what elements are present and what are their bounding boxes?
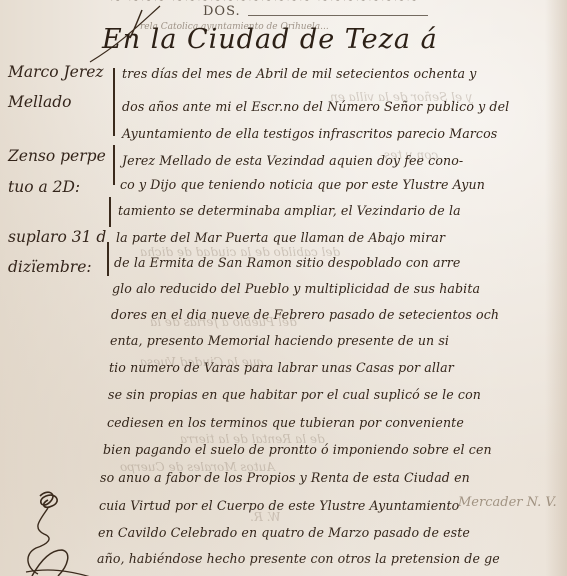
body-line-11: enta, presento Memorial haciendo present… xyxy=(110,333,449,348)
body-line-1: tres días del mes de Abril de mil seteci… xyxy=(122,66,476,81)
body-line-13: se sin propias en que habitar por el cua… xyxy=(108,387,481,402)
body-line-6: tamiento se determinaba ampliar, el Vezi… xyxy=(118,203,461,218)
margin-note-line-4: dizïembre: xyxy=(8,258,92,276)
margin-bracket xyxy=(107,242,109,276)
header-rule xyxy=(248,15,428,16)
body-line-7: la parte del Mar Puerta que llaman de Ab… xyxy=(116,230,445,245)
manuscript-page: y el Señor de la villa en con y tes- del… xyxy=(0,0,567,576)
margin-note-line-2: tuo a 2D: xyxy=(8,178,80,196)
document-title: En la Ciudad de Teza á xyxy=(102,24,438,55)
body-line-14: cediesen en los terminos que tubieran po… xyxy=(107,415,464,430)
margin-bracket xyxy=(113,145,115,185)
margin-note-line-3: suplaro 31 d xyxy=(8,228,106,246)
body-line-10: dores en el dia nueve de Febrero pasado … xyxy=(111,307,499,322)
margin-bracket xyxy=(113,68,115,136)
body-line-15: bien pagando el suelo de prontto ó impon… xyxy=(103,442,492,457)
body-line-17: cuia Virtud por el Cuerpo de este Ylustr… xyxy=(99,498,459,513)
margin-note-line-1: Zenso perpe xyxy=(8,147,106,165)
body-line-3: Ayuntamiento de ella testigos infrascrit… xyxy=(122,126,497,141)
margin-name-line-2: Mellado xyxy=(8,93,71,111)
body-line-5: co y Dijo que teniendo noticia que por e… xyxy=(120,177,485,192)
margin-name-line-1: Marco Jerez xyxy=(8,63,104,81)
body-line-12: tio numero de Varas para labrar unas Cas… xyxy=(109,360,454,375)
body-line-18: en Cavildo Celebrado en quatro de Marzo … xyxy=(98,525,470,540)
margin-bracket xyxy=(109,197,111,227)
body-line-16: so anuo a fabor de los Propios y Renta d… xyxy=(100,470,470,485)
signature-flourish-icon xyxy=(18,488,98,576)
header-heading: DOS. xyxy=(203,4,241,19)
paper-edge-shadow xyxy=(545,0,567,576)
body-line-2: dos años ante mi el Escr.no del Número S… xyxy=(122,99,509,114)
body-line-19: año, habiéndose hecho presente con otros… xyxy=(97,551,500,566)
faint-margin-annotation: Mercader N. V. xyxy=(458,495,557,510)
body-line-4: Jerez Mellado de esta Vezindad aquien do… xyxy=(122,153,463,168)
body-line-9: glo alo reducido del Pueblo y multiplici… xyxy=(112,281,480,296)
body-line-8: de la Ermita de San Ramon sitio despobla… xyxy=(114,255,460,270)
